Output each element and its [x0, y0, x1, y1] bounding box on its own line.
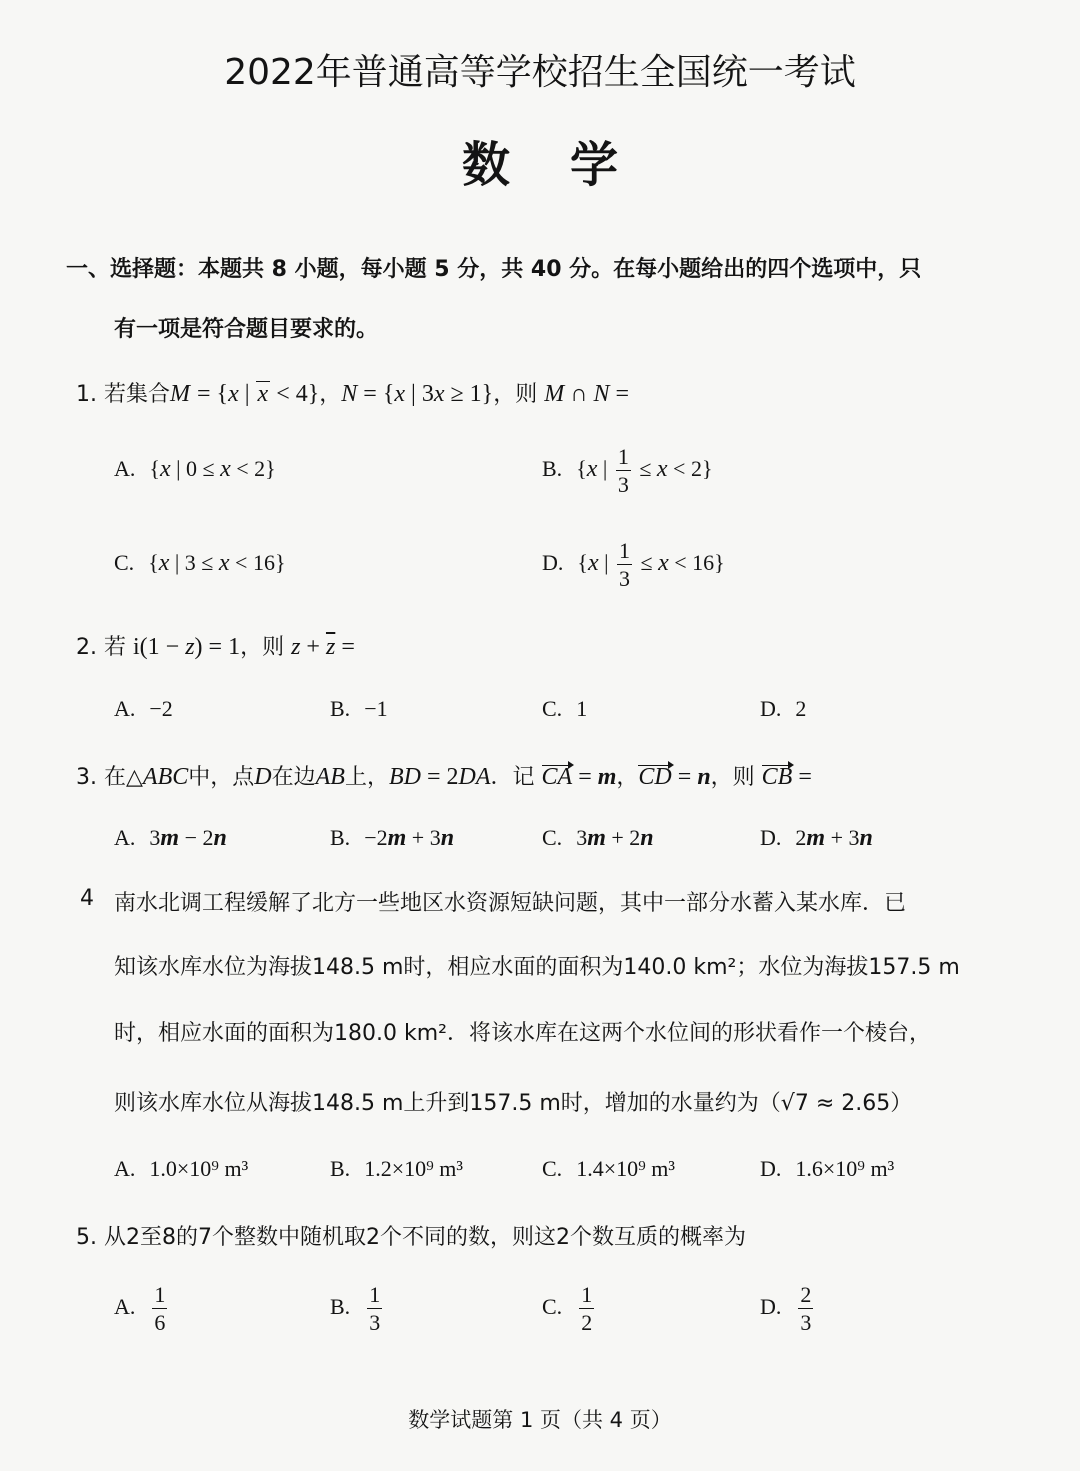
subject-title: 数学 — [0, 126, 1080, 195]
section-heading-line2: 有一项是符合题目要求的。 — [114, 312, 378, 343]
question-5-option-b[interactable]: B.13 — [330, 1284, 385, 1334]
question-1-option-a[interactable]: A.{x | 0 ≤ x < 2} — [114, 456, 276, 483]
question-3-option-d[interactable]: D.2m + 3n — [760, 825, 873, 852]
question-1-option-b[interactable]: B.{x | 13 ≤ x < 2} — [542, 446, 713, 496]
question-2-stem: 2. 若 i(1 − z) = 1，则 z + z = — [76, 630, 355, 661]
question-5-option-a[interactable]: A.16 — [114, 1284, 170, 1334]
question-3-option-a[interactable]: A.3m − 2n — [114, 825, 227, 852]
section-heading-line1: 一、选择题：本题共 8 小题，每小题 5 分，共 40 分。在每小题给出的四个选… — [66, 252, 921, 283]
question-4-line-3: 时，相应水面的面积为180.0 km²．将该水库在这两个水位间的形状看作一个棱台… — [114, 1016, 931, 1047]
question-4-option-c[interactable]: C.1.4×10⁹ m³ — [542, 1156, 675, 1182]
question-2-option-a[interactable]: A.−2 — [114, 696, 173, 722]
question-4-line-4: 则该水库水位从海拔148.5 m上升到157.5 m时，增加的水量约为（√7 ≈… — [114, 1086, 912, 1117]
question-1-option-c[interactable]: C.{x | 3 ≤ x < 16} — [114, 550, 286, 577]
question-3-stem: 3. 在△ABC中，点D在边AB上，BD = 2DA．记 CA = m，CD =… — [76, 760, 812, 791]
page-footer: 数学试题第 1 页（共 4 页） — [0, 1404, 1080, 1434]
question-5-stem: 5. 从2至8的7个整数中随机取2个不同的数，则这2个数互质的概率为 — [76, 1220, 746, 1251]
question-4-line-1: 南水北调工程缓解了北方一些地区水资源短缺问题，其中一部分水蓄入某水库．已 — [114, 886, 906, 917]
question-5-option-c[interactable]: C.12 — [542, 1284, 597, 1334]
question-4-option-b[interactable]: B.1.2×10⁹ m³ — [330, 1156, 463, 1182]
question-number: 1. — [76, 382, 97, 407]
question-2-option-c[interactable]: C.1 — [542, 696, 587, 722]
question-2-option-b[interactable]: B.−1 — [330, 696, 388, 722]
question-1-option-d[interactable]: D.{x | 13 ≤ x < 16} — [542, 540, 725, 590]
question-3-option-b[interactable]: B.−2m + 3n — [330, 825, 454, 852]
question-4-option-d[interactable]: D.1.6×10⁹ m³ — [760, 1156, 894, 1182]
exam-title: 2022年普通高等学校招生全国统一考试 — [0, 44, 1080, 95]
question-5-option-d[interactable]: D.23 — [760, 1284, 816, 1334]
question-3-option-c[interactable]: C.3m + 2n — [542, 825, 654, 852]
question-4-option-a[interactable]: A.1.0×10⁹ m³ — [114, 1156, 248, 1182]
question-4-line-2: 知该水库水位为海拔148.5 m时，相应水面的面积为140.0 km²；水位为海… — [114, 950, 960, 981]
question-2-option-d[interactable]: D.2 — [760, 696, 806, 722]
question-1-stem: 1. 若集合M = {x | x < 4}，N = {x | 3x ≥ 1}，则… — [76, 377, 629, 408]
question-4-number: 4 — [80, 886, 94, 911]
